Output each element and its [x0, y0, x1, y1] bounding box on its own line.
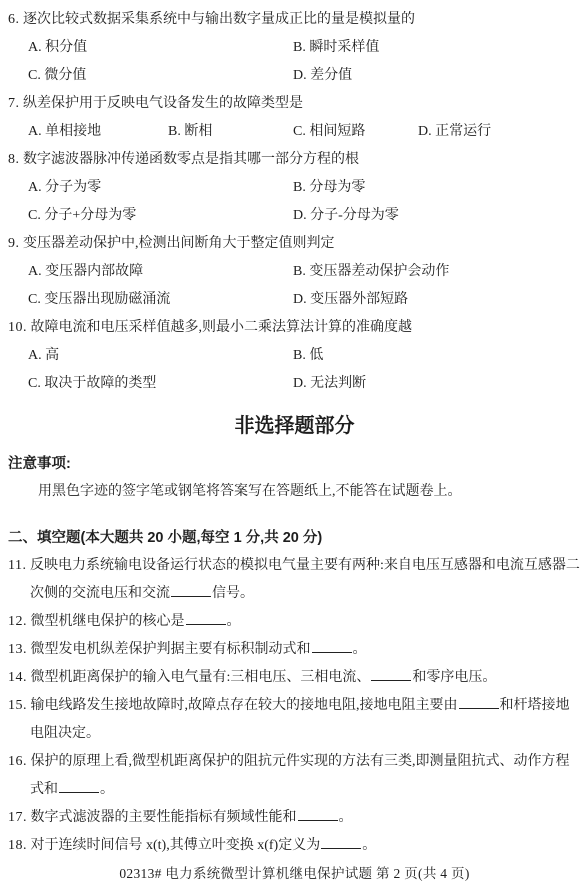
mcq-list: 6. 逐次比较式数据采集系统中与输出数字量成正比的量是模拟量的A. 积分值B. …: [8, 6, 581, 398]
question-number: 9.: [8, 236, 20, 251]
option-C: C. 变压器出现励磁涌流: [28, 286, 293, 314]
option-A: A. 分子为零: [28, 174, 293, 202]
option-A: A. 高: [28, 342, 293, 370]
fill-list: 11. 反映电力系统输电设备运行状态的模拟电气量主要有两种:来自电压互感器和电流…: [8, 552, 581, 860]
question-number: 17.: [8, 810, 27, 825]
fill-question: 17. 数字式滤波器的主要性能指标有频域性能和。: [8, 804, 581, 832]
mcq-question: 9. 变压器差动保护中,检测出间断角大于整定值则判定A. 变压器内部故障B. 变…: [8, 230, 581, 314]
option-D: D. 无法判断: [293, 370, 366, 398]
question-number: 11.: [8, 558, 26, 573]
answer-blank: [459, 695, 499, 709]
option-A: A. 变压器内部故障: [28, 258, 293, 286]
option-D: D. 正常运行: [418, 118, 491, 146]
question-number: 7.: [8, 96, 20, 111]
answer-blank: [59, 779, 99, 793]
question-number: 10.: [8, 320, 27, 335]
options-row: A. 变压器内部故障B. 变压器差动保护会动作: [8, 258, 581, 286]
exam-page: 6. 逐次比较式数据采集系统中与输出数字量成正比的量是模拟量的A. 积分值B. …: [0, 0, 585, 884]
fill-section-heading: 二、填空题(本大题共 20 小题,每空 1 分,共 20 分): [8, 524, 581, 552]
question-number: 16.: [8, 754, 27, 769]
mcq-question: 6. 逐次比较式数据采集系统中与输出数字量成正比的量是模拟量的A. 积分值B. …: [8, 6, 581, 90]
mcq-question: 7. 纵差保护用于反映电气设备发生的故障类型是A. 单相接地B. 断相C. 相间…: [8, 90, 581, 146]
fill-question: 11. 反映电力系统输电设备运行状态的模拟电气量主要有两种:来自电压互感器和电流…: [8, 552, 581, 608]
option-D: D. 差分值: [293, 62, 352, 90]
question-number: 14.: [8, 670, 27, 685]
option-B: B. 分母为零: [293, 174, 365, 202]
question-stem: 6. 逐次比较式数据采集系统中与输出数字量成正比的量是模拟量的: [8, 6, 581, 34]
question-number: 13.: [8, 642, 27, 657]
question-number: 8.: [8, 152, 20, 167]
option-B: B. 断相: [168, 118, 293, 146]
question-number: 6.: [8, 12, 20, 27]
fill-question: 13. 微型发电机纵差保护判据主要有标积制动式和。: [8, 636, 581, 664]
options-row: C. 微分值D. 差分值: [8, 62, 581, 90]
question-stem: 8. 数字滤波器脉冲传递函数零点是指其哪一部分方程的根: [8, 146, 581, 174]
options-row: C. 取决于故障的类型D. 无法判断: [8, 370, 581, 398]
option-C: C. 取决于故障的类型: [28, 370, 293, 398]
section-heading: 非选择题部分: [8, 410, 581, 442]
options-row: A. 高B. 低: [8, 342, 581, 370]
question-number: 18.: [8, 838, 27, 853]
fill-question: 15. 输电线路发生接地故障时,故障点存在较大的接地电阻,接地电阻主要由和杆塔接…: [8, 692, 581, 748]
fill-question: 16. 保护的原理上看,微型机距离保护的阻抗元件实现的方法有三类,即测量阻抗式、…: [8, 748, 581, 804]
fill-question: 18. 对于连续时间信号 x(t),其傅立叶变换 x(f)定义为。: [8, 832, 581, 860]
option-C: C. 微分值: [28, 62, 293, 90]
answer-blank: [312, 639, 352, 653]
page-footer: 02313# 电力系统微型计算机继电保护试题 第 2 页(共 4 页): [8, 864, 581, 884]
options-row: C. 变压器出现励磁涌流D. 变压器外部短路: [8, 286, 581, 314]
fill-question: 14. 微型机距离保护的输入电气量有:三相电压、三相电流、和零序电压。: [8, 664, 581, 692]
question-stem: 7. 纵差保护用于反映电气设备发生的故障类型是: [8, 90, 581, 118]
option-C: C. 分子+分母为零: [28, 202, 293, 230]
mcq-question: 8. 数字滤波器脉冲传递函数零点是指其哪一部分方程的根A. 分子为零B. 分母为…: [8, 146, 581, 230]
option-C: C. 相间短路: [293, 118, 418, 146]
question-number: 15.: [8, 698, 27, 713]
notes-body: 用黑色字迹的签字笔或钢笔将答案写在答题纸上,不能答在试题卷上。: [8, 478, 581, 506]
option-A: A. 积分值: [28, 34, 293, 62]
options-row: C. 分子+分母为零D. 分子-分母为零: [8, 202, 581, 230]
question-number: 12.: [8, 614, 27, 629]
options-row: A. 单相接地B. 断相C. 相间短路D. 正常运行: [8, 118, 581, 146]
fill-question: 12. 微型机继电保护的核心是。: [8, 608, 581, 636]
answer-blank: [186, 611, 226, 625]
option-B: B. 低: [293, 342, 323, 370]
question-stem: 9. 变压器差动保护中,检测出间断角大于整定值则判定: [8, 230, 581, 258]
answer-blank: [371, 667, 411, 681]
options-row: A. 分子为零B. 分母为零: [8, 174, 581, 202]
notes-title: 注意事项:: [8, 450, 581, 478]
option-D: D. 变压器外部短路: [293, 286, 408, 314]
option-A: A. 单相接地: [28, 118, 168, 146]
notes-section: 注意事项: 用黑色字迹的签字笔或钢笔将答案写在答题纸上,不能答在试题卷上。: [8, 450, 581, 506]
mcq-question: 10. 故障电流和电压采样值越多,则最小二乘法算法计算的准确度越A. 高B. 低…: [8, 314, 581, 398]
option-B: B. 变压器差动保护会动作: [293, 258, 449, 286]
answer-blank: [298, 807, 338, 821]
option-B: B. 瞬时采样值: [293, 34, 379, 62]
question-stem: 10. 故障电流和电压采样值越多,则最小二乘法算法计算的准确度越: [8, 314, 581, 342]
option-D: D. 分子-分母为零: [293, 202, 399, 230]
options-row: A. 积分值B. 瞬时采样值: [8, 34, 581, 62]
answer-blank: [171, 583, 211, 597]
answer-blank: [321, 835, 361, 849]
